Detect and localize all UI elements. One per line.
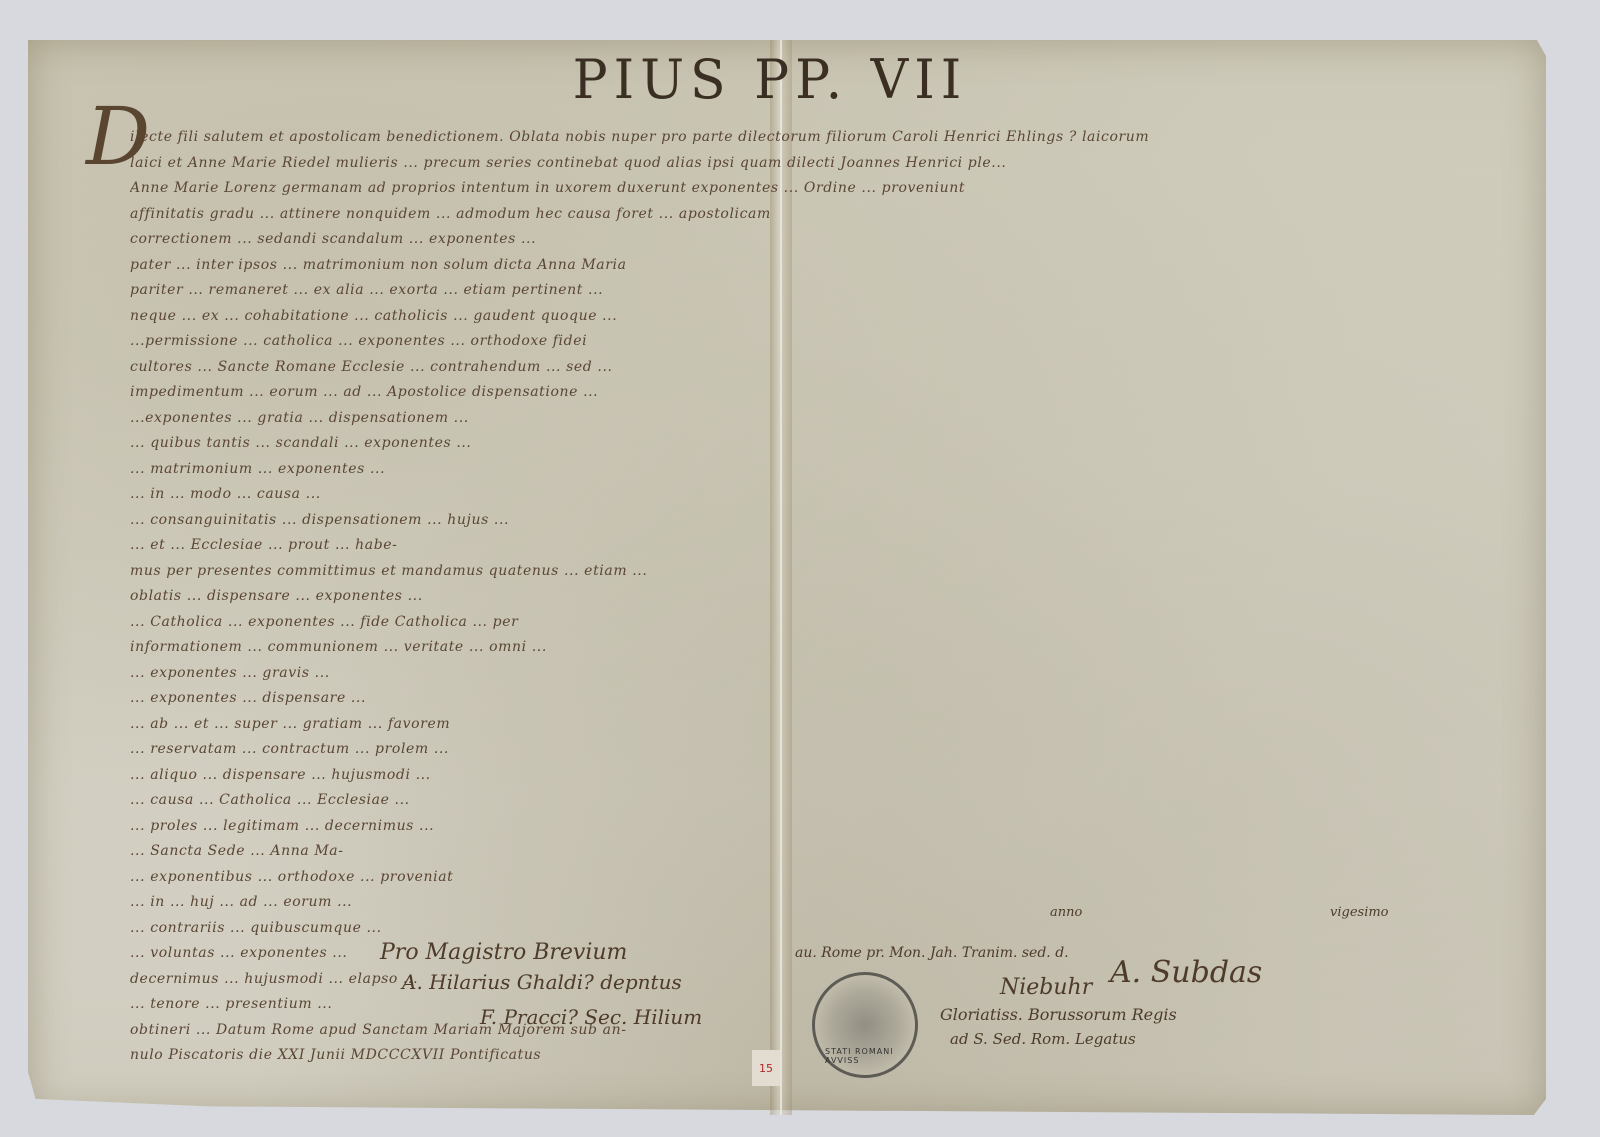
text-line: oblatis ... dispensare ... exponentes ..… — [130, 584, 1530, 610]
text-line: ilecte fili salutem et apostolicam bened… — [130, 125, 1530, 151]
registry-note: au. Rome pr. Mon. Jah. Tranim. sed. d. — [795, 945, 1069, 961]
ink-seal-stamp: STATI ROMANI AVVISS — [812, 972, 918, 1078]
text-line: ... et ... Ecclesiae ... prout ... habe- — [130, 533, 1530, 559]
signature-hilarius: A. Hilarius Ghaldi? depntus — [402, 970, 682, 994]
text-line: ... aliquo ... dispensare ... hujusmodi … — [130, 763, 1530, 789]
text-line: ... in ... huj ... ad ... eorum ... — [130, 890, 1530, 916]
text-line: neque ... ex ... cohabitatione ... catho… — [130, 304, 1530, 330]
text-line: ... Catholica ... exponentes ... fide Ca… — [130, 610, 1530, 636]
text-line: cultores ... Sancte Romane Ecclesie ... … — [130, 355, 1530, 381]
text-line: pariter ... remaneret ... ex alia ... ex… — [130, 278, 1530, 304]
text-line: correctionem ... sedandi scandalum ... e… — [130, 227, 1530, 253]
text-line: ...exponentes ... gratia ... dispensatio… — [130, 406, 1530, 432]
text-line: ... matrimonium ... exponentes ... — [130, 457, 1530, 483]
text-line: informationem ... communionem ... verita… — [130, 635, 1530, 661]
archive-number-label: 15 — [752, 1050, 780, 1086]
seal-legend: STATI ROMANI AVVISS — [825, 1047, 915, 1065]
anno-word: anno — [1050, 905, 1082, 920]
niebuhr-title-2: ad S. Sed. Rom. Legatus — [950, 1030, 1136, 1048]
text-line: ... in ... modo ... causa ... — [130, 482, 1530, 508]
text-line: ... quibus tantis ... scandali ... expon… — [130, 431, 1530, 457]
text-line: impedimentum ... eorum ... ad ... Aposto… — [130, 380, 1530, 406]
signature-magistro-brevium: Pro Magistro Brevium — [380, 940, 627, 965]
text-line: ... causa ... Catholica ... Ecclesiae ..… — [130, 788, 1530, 814]
text-line: ...permissione ... catholica ... exponen… — [130, 329, 1530, 355]
text-line: mus per presentes committimus et mandamu… — [130, 559, 1530, 585]
vigesimo-word: vigesimo — [1330, 905, 1389, 920]
document-body: ilecte fili salutem et apostolicam bened… — [130, 125, 1530, 1069]
signature-niebuhr: Niebuhr — [1000, 975, 1092, 1000]
text-line: ... exponentibus ... orthodoxe ... prove… — [130, 865, 1530, 891]
signature-subdas: A. Subdas — [1110, 955, 1262, 990]
text-line: ... exponentes ... dispensare ... — [130, 686, 1530, 712]
text-line: Anne Marie Lorenz germanam ad proprios i… — [130, 176, 1530, 202]
text-line: laici et Anne Marie Riedel mulieris ... … — [130, 151, 1530, 177]
text-line: ... exponentes ... gravis ... — [130, 661, 1530, 687]
text-line: ... ab ... et ... super ... gratiam ... … — [130, 712, 1530, 738]
text-line: affinitatis gradu ... attinere nonquidem… — [130, 202, 1530, 228]
text-line: ... Sancta Sede ... Anna Ma- — [130, 839, 1530, 865]
niebuhr-title-1: Gloriatiss. Borussorum Regis — [940, 1005, 1177, 1024]
text-line: ... reservatam ... contractum ... prolem… — [130, 737, 1530, 763]
text-line: pater ... inter ipsos ... matrimonium no… — [130, 253, 1530, 279]
text-line: ... contrariis ... quibuscumque ... — [130, 916, 1530, 942]
document-title: PIUS PP. VII — [560, 49, 980, 112]
text-line: ... proles ... legitimam ... decernimus … — [130, 814, 1530, 840]
signature-secretary: F. Pracci? Sec. Hilium — [480, 1005, 702, 1029]
text-line: ... consanguinitatis ... dispensationem … — [130, 508, 1530, 534]
